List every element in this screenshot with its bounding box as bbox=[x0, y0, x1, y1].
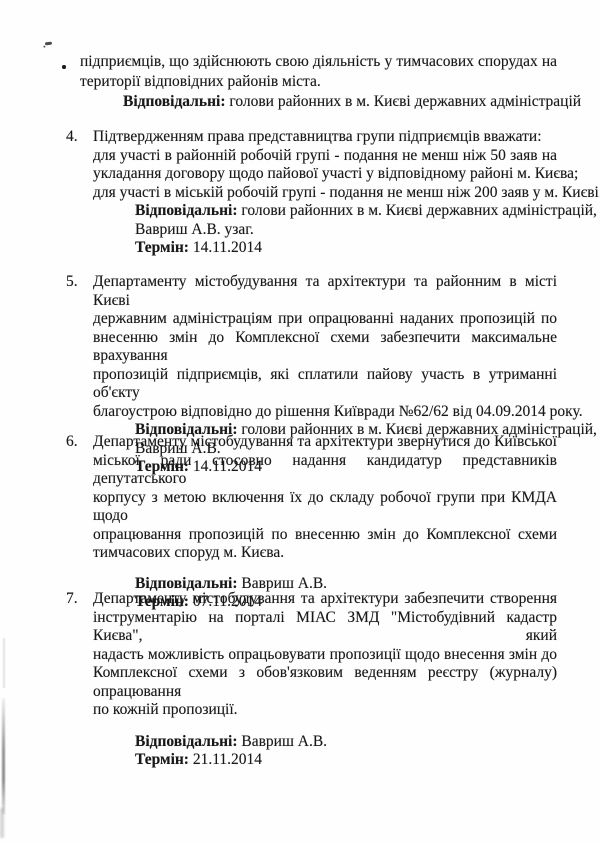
term-label: Термін: bbox=[135, 239, 189, 256]
scan-edge-streak-bottom bbox=[0, 808, 4, 838]
body-line: корпусу з метою включення їх до складу р… bbox=[93, 489, 557, 526]
list-item-4: 4. Підтвердженням права представництва г… bbox=[93, 128, 557, 258]
body-line: укладання договору щодо пайової участі у… bbox=[93, 165, 557, 184]
responsible-line: Відповідальні: Вавриш А.В. bbox=[135, 733, 557, 752]
responsible-line: Вавриш А.В. узаг. bbox=[135, 221, 557, 240]
intro-paragraph: підприємців, що здійснюють свою діяльніс… bbox=[80, 52, 557, 112]
document-page: підприємців, що здійснюють свою діяльніс… bbox=[0, 0, 600, 842]
scan-smudge-top-left-icon bbox=[45, 42, 52, 46]
term-line: Термін: 14.11.2014 bbox=[135, 239, 557, 258]
responsible-line: Відповідальні: голови районних в м. Києв… bbox=[123, 92, 557, 112]
scan-edge-streak-faint bbox=[3, 638, 5, 688]
body-line: пропозицій підприємців, які сплатили пай… bbox=[93, 366, 557, 403]
body-line: Департаменту містобудування та архітекту… bbox=[93, 433, 557, 452]
body-line: надасть можливість опрацьовувати пропози… bbox=[93, 646, 557, 665]
responsible-text: голови районних в м. Києві державних адм… bbox=[229, 93, 581, 110]
responsible-text: голови районних в м. Києві державних адм… bbox=[241, 202, 597, 219]
term-value: 21.11.2014 bbox=[193, 751, 262, 768]
list-item-7: 7. Департаменту містобудування та архіте… bbox=[93, 590, 557, 770]
scan-edge-streak bbox=[2, 698, 5, 814]
responsible-text: Вавриш А.В. bbox=[241, 733, 327, 750]
body-line: тимчасових споруд м. Києва. bbox=[93, 544, 557, 563]
body-line: благоустрою відповідно до рішення Київра… bbox=[93, 403, 557, 422]
bullet-icon bbox=[62, 65, 66, 69]
responsible-label: Відповідальні: bbox=[135, 733, 237, 750]
responsible-line: Відповідальні: голови районних в м. Києв… bbox=[135, 202, 557, 221]
term-line: Термін: 21.11.2014 bbox=[135, 751, 557, 770]
responsible-text: Вавриш А.В. bbox=[241, 575, 327, 592]
intro-line: підприємців, що здійснюють свою діяльніс… bbox=[80, 52, 557, 72]
body-line: внесенню змін до Комплексної схеми забез… bbox=[93, 329, 557, 366]
body-line: для участі в міській робочій групі - под… bbox=[93, 184, 557, 203]
body-line: опрацювання пропозицій по внесенню змін … bbox=[93, 526, 557, 545]
term-value: 14.11.2014 bbox=[193, 239, 262, 256]
responsible-label: Відповідальні: bbox=[135, 575, 237, 592]
responsible-text: Вавриш А.В. узаг. bbox=[135, 221, 254, 238]
body-line: інструментарію на порталі МІАС ЗМД "Міст… bbox=[93, 609, 557, 646]
intro-line: території відповідних районів міста. bbox=[80, 72, 557, 92]
term-label: Термін: bbox=[135, 751, 189, 768]
list-item-6: 6. Департаменту містобудування та архіте… bbox=[93, 433, 557, 612]
body-line: Департаменту містобудування та архітекту… bbox=[93, 273, 557, 310]
item-number: 4. bbox=[66, 128, 90, 147]
body-line: по кожній пропозиції. bbox=[93, 701, 557, 720]
item-number: 5. bbox=[66, 273, 90, 292]
item-number: 6. bbox=[66, 433, 90, 452]
body-line: Підтвердженням права представництва груп… bbox=[93, 128, 557, 147]
item-number: 7. bbox=[66, 590, 90, 609]
body-line: для участі в районній робочій групі - по… bbox=[93, 147, 557, 166]
responsible-label: Відповідальні: bbox=[135, 202, 237, 219]
responsible-label: Відповідальні: bbox=[123, 93, 225, 110]
body-line: державним адміністраціям при опрацюванні… bbox=[93, 310, 557, 329]
body-line: Департаменту містобудування та архітекту… bbox=[93, 590, 557, 609]
body-line: міської ради стосовно надання кандидатур… bbox=[93, 452, 557, 489]
body-line: Комплексної схеми з обов'язковим ведення… bbox=[93, 664, 557, 701]
